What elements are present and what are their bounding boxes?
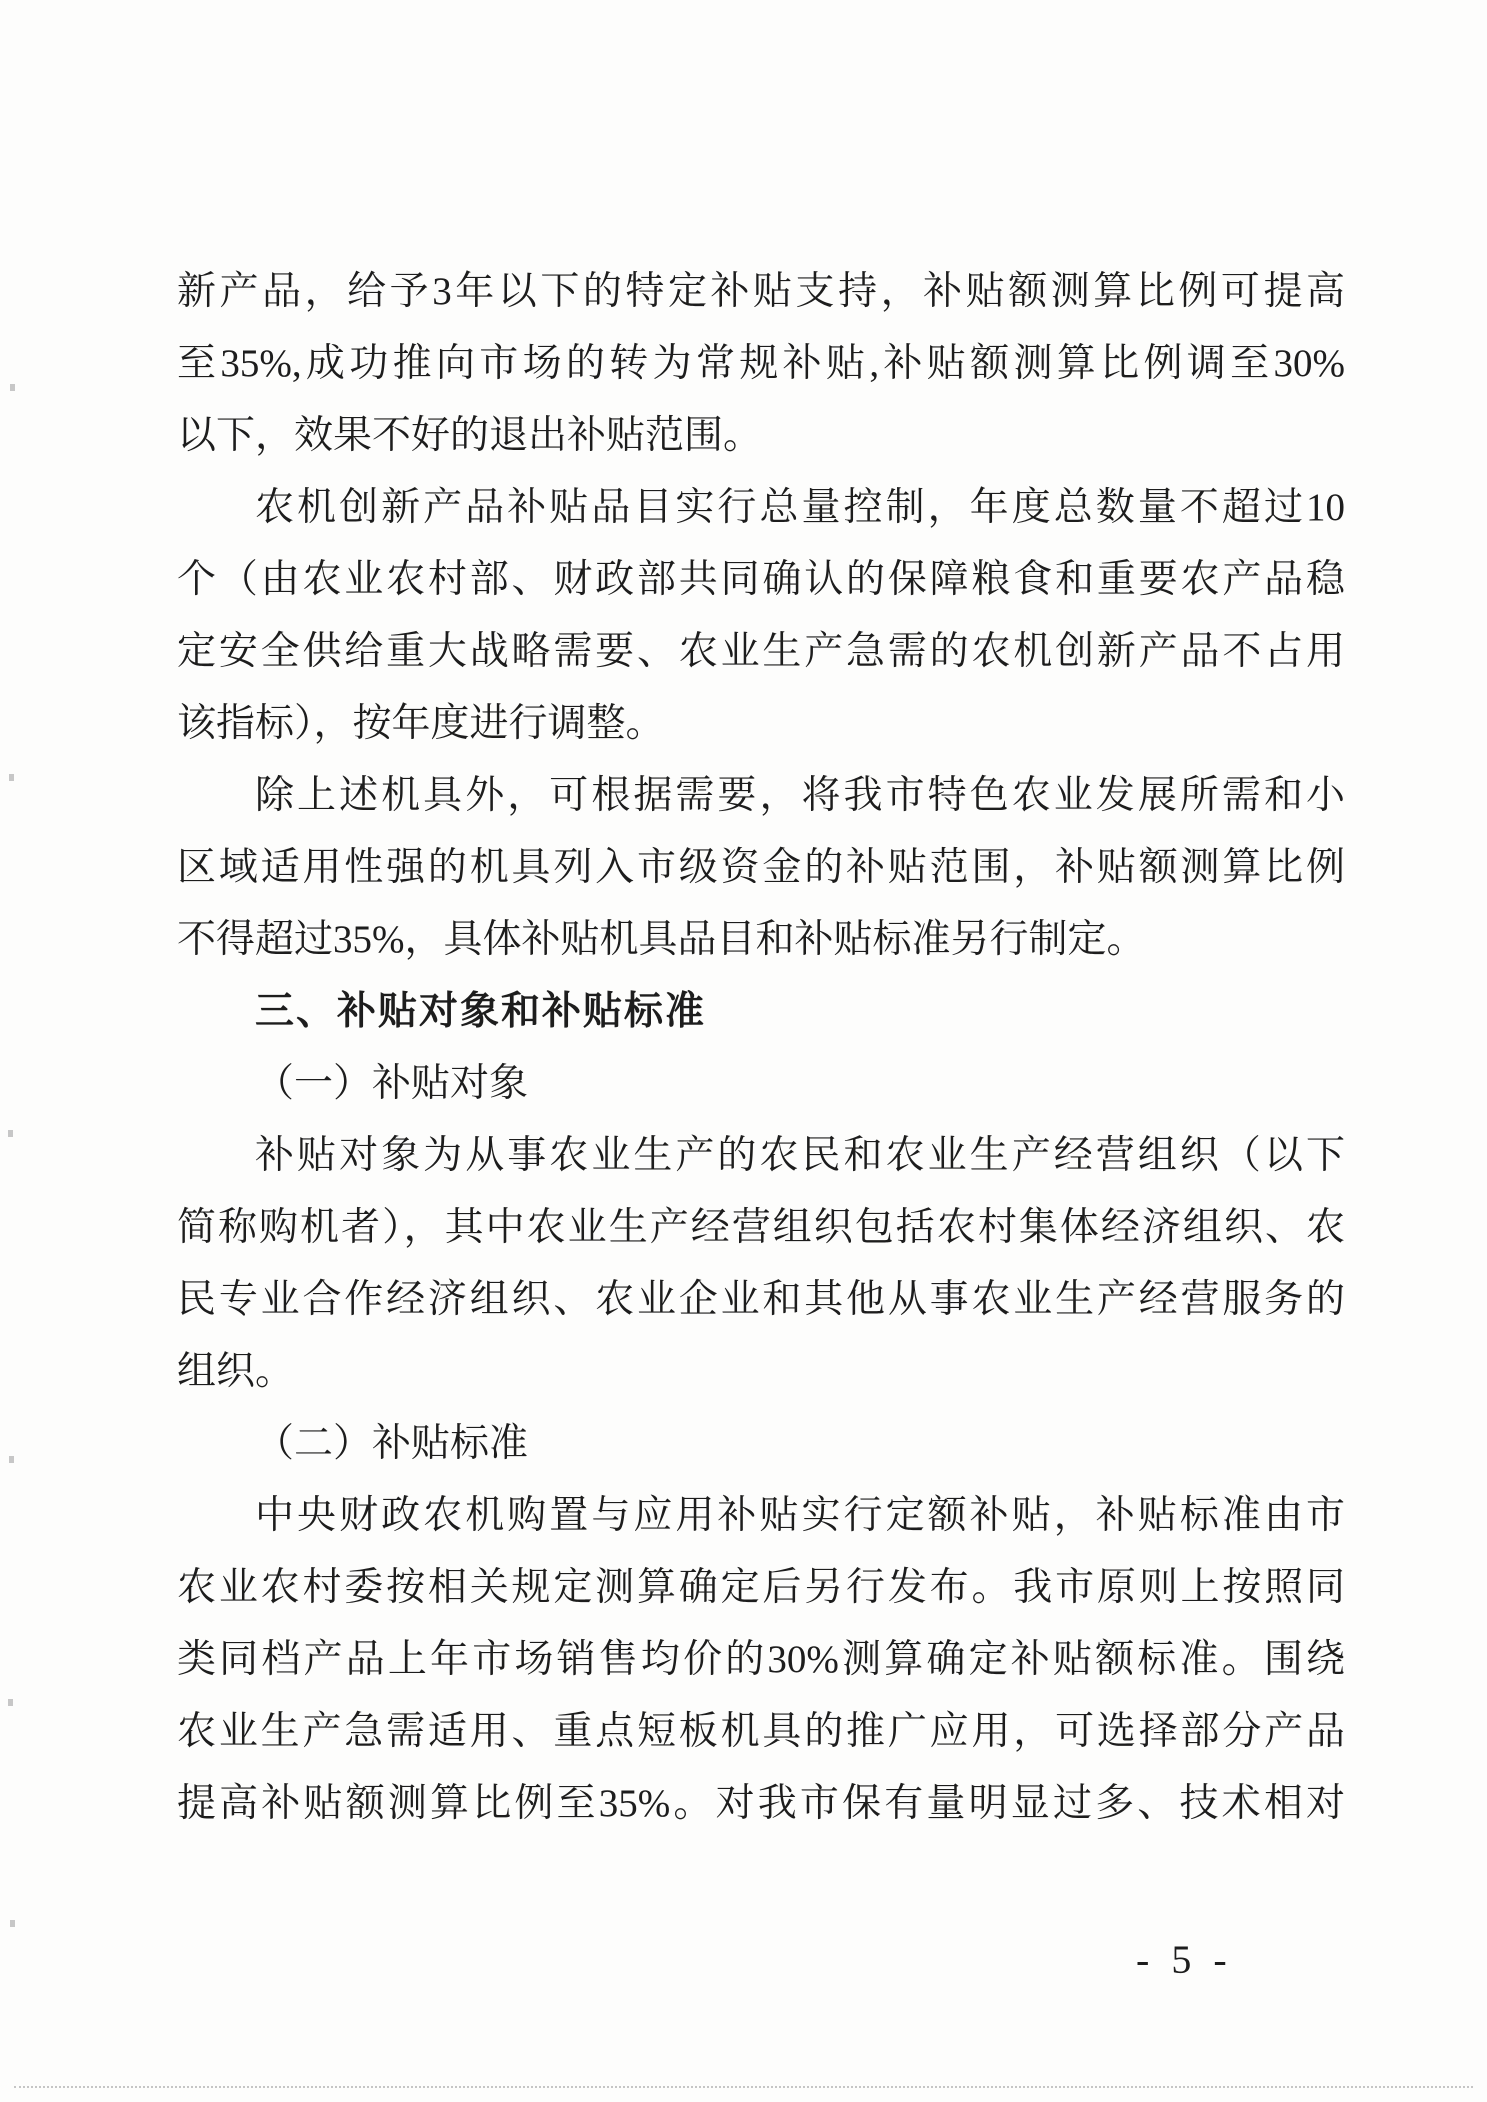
subsection-heading: （一）补贴对象 <box>177 1048 1345 1120</box>
scan-speck <box>8 1130 13 1137</box>
body-line: 至35%,成功推向市场的转为常规补贴,补贴额测算比例调至30% <box>177 328 1345 400</box>
scan-speck <box>10 1920 15 1927</box>
body-line: 以下，效果不好的退出补贴范围。 <box>177 400 1345 472</box>
body-line: 该指标），按年度进行调整。 <box>177 688 1345 760</box>
section-heading: 三、补贴对象和补贴标准 <box>177 976 1345 1048</box>
document-body: 新产品，给予3年以下的特定补贴支持，补贴额测算比例可提高 至35%,成功推向市场… <box>177 256 1345 1840</box>
body-line: 农机创新产品补贴品目实行总量控制，年度总数量不超过10 <box>177 472 1345 544</box>
body-line: 类同档产品上年市场销售均价的30%测算确定补贴额标准。围绕 <box>177 1624 1345 1696</box>
body-line: 个（由农业农村部、财政部共同确认的保障粮食和重要农产品稳 <box>177 544 1345 616</box>
scan-speck <box>9 1456 14 1463</box>
body-line: 农业农村委按相关规定测算确定后另行发布。我市原则上按照同 <box>177 1552 1345 1624</box>
body-line: 除上述机具外，可根据需要，将我市特色农业发展所需和小 <box>177 760 1345 832</box>
subsection-heading: （二）补贴标准 <box>177 1408 1345 1480</box>
body-line: 农业生产急需适用、重点短板机具的推广应用，可选择部分产品 <box>177 1696 1345 1768</box>
body-line: 提高补贴额测算比例至35%。对我市保有量明显过多、技术相对 <box>177 1768 1345 1840</box>
body-line: 补贴对象为从事农业生产的农民和农业生产经营组织（以下 <box>177 1120 1345 1192</box>
scan-edge-line <box>14 2086 1473 2088</box>
scan-speck <box>10 384 15 391</box>
body-line: 组织。 <box>177 1336 1345 1408</box>
body-line: 中央财政农机购置与应用补贴实行定额补贴，补贴标准由市 <box>177 1480 1345 1552</box>
scan-speck <box>9 774 14 781</box>
body-line: 定安全供给重大战略需要、农业生产急需的农机创新产品不占用 <box>177 616 1345 688</box>
body-line: 不得超过35%，具体补贴机具品目和补贴标准另行制定。 <box>177 904 1345 976</box>
body-line: 区域适用性强的机具列入市级资金的补贴范围，补贴额测算比例 <box>177 832 1345 904</box>
body-line: 民专业合作经济组织、农业企业和其他从事农业生产经营服务的 <box>177 1264 1345 1336</box>
body-line: 简称购机者），其中农业生产经营组织包括农村集体经济组织、农 <box>177 1192 1345 1264</box>
page-number: - 5 - <box>1136 1936 1233 1983</box>
scan-speck <box>8 1699 13 1706</box>
body-line: 新产品，给予3年以下的特定补贴支持，补贴额测算比例可提高 <box>177 256 1345 328</box>
scanned-document-page: 新产品，给予3年以下的特定补贴支持，补贴额测算比例可提高 至35%,成功推向市场… <box>0 0 1487 2102</box>
